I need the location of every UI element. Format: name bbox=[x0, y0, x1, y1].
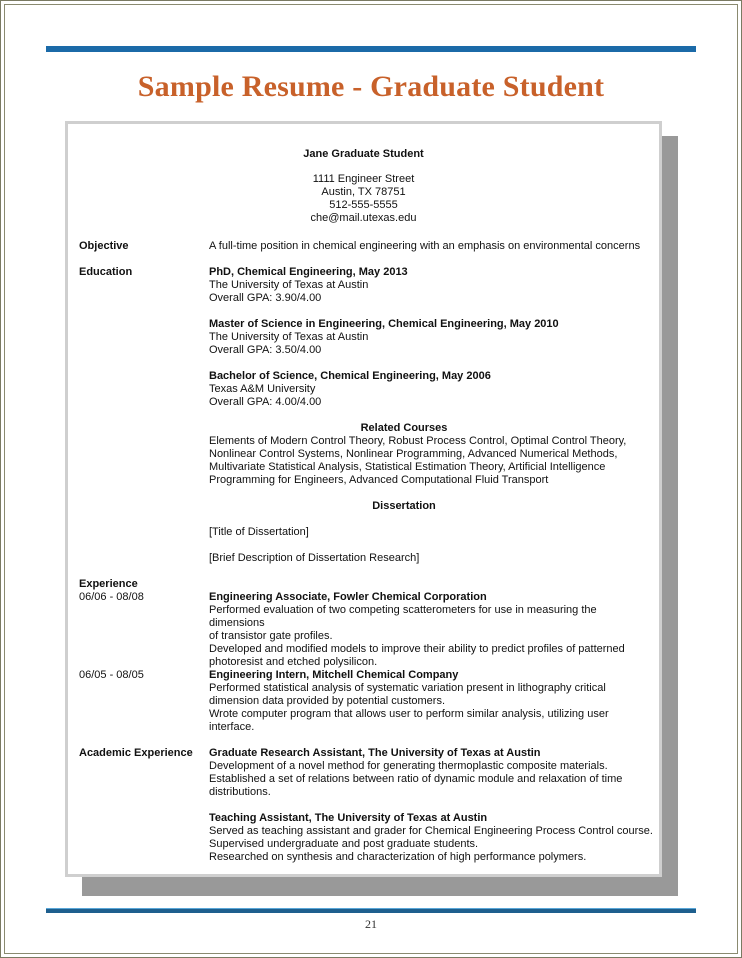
job-line: Developed and modified models to improve… bbox=[209, 643, 654, 656]
courses-line: Multivariate Statistical Analysis, Stati… bbox=[209, 461, 654, 474]
education-label: Education bbox=[79, 266, 132, 279]
degree-school: The University of Texas at Austin bbox=[209, 331, 654, 344]
job-dates: 06/05 - 08/05 bbox=[79, 669, 144, 682]
degree-gpa: Overall GPA: 4.00/4.00 bbox=[209, 396, 654, 409]
job-dates: 06/06 - 08/08 bbox=[79, 591, 144, 604]
degree-gpa: Overall GPA: 3.90/4.00 bbox=[209, 292, 654, 305]
degree-title: Bachelor of Science, Chemical Engineerin… bbox=[209, 370, 654, 383]
degree-gpa: Overall GPA: 3.50/4.00 bbox=[209, 344, 654, 357]
courses-line: Elements of Modern Control Theory, Robus… bbox=[209, 435, 654, 448]
role-title: Graduate Research Assistant, The Univers… bbox=[209, 747, 654, 760]
role-teaching-assistant: Teaching Assistant, The University of Te… bbox=[209, 812, 654, 864]
top-rule bbox=[46, 46, 696, 52]
job-line: interface. bbox=[209, 721, 654, 734]
dissertation: Dissertation bbox=[209, 500, 654, 513]
dissertation-heading: Dissertation bbox=[209, 500, 599, 513]
degree-ms: Master of Science in Engineering, Chemic… bbox=[209, 318, 654, 357]
job-title: Engineering Associate, Fowler Chemical C… bbox=[209, 591, 654, 604]
page-title: Sample Resume - Graduate Student bbox=[0, 70, 742, 104]
role-line: Supervised undergraduate and post gradua… bbox=[209, 838, 654, 851]
objective-text: A full-time position in chemical enginee… bbox=[209, 240, 654, 253]
degree-school: The University of Texas at Austin bbox=[209, 279, 654, 292]
role-title: Teaching Assistant, The University of Te… bbox=[209, 812, 654, 825]
role-line: distributions. bbox=[209, 786, 654, 799]
role-line: Researched on synthesis and characteriza… bbox=[209, 851, 654, 864]
job-line: Performed statistical analysis of system… bbox=[209, 682, 654, 695]
job-title: Engineering Intern, Mitchell Chemical Co… bbox=[209, 669, 654, 682]
job-line: of transistor gate profiles. bbox=[209, 630, 654, 643]
role-research-assistant: Graduate Research Assistant, The Univers… bbox=[209, 747, 654, 799]
courses-heading: Related Courses bbox=[209, 422, 599, 435]
resume-name: Jane Graduate Student bbox=[68, 148, 659, 161]
job-mitchell: Engineering Intern, Mitchell Chemical Co… bbox=[209, 669, 654, 734]
page-number: 21 bbox=[0, 917, 742, 932]
dissertation-title: [Title of Dissertation] bbox=[209, 526, 654, 539]
role-line: Served as teaching assistant and grader … bbox=[209, 825, 654, 838]
degree-title: Master of Science in Engineering, Chemic… bbox=[209, 318, 654, 331]
job-line: photoresist and etched polysilicon. bbox=[209, 656, 654, 669]
role-line: Development of a novel method for genera… bbox=[209, 760, 654, 773]
objective-label: Objective bbox=[79, 240, 129, 253]
degree-school: Texas A&M University bbox=[209, 383, 654, 396]
courses-line: Programming for Engineers, Advanced Comp… bbox=[209, 474, 654, 487]
degree-bs: Bachelor of Science, Chemical Engineerin… bbox=[209, 370, 654, 409]
job-line: dimension data provided by potential cus… bbox=[209, 695, 654, 708]
contact-phone: 512-555-5555 bbox=[68, 199, 659, 212]
related-courses: Related Courses Elements of Modern Contr… bbox=[209, 422, 654, 487]
resume-card: Jane Graduate Student 1111 Engineer Stre… bbox=[65, 121, 662, 877]
contact-email: che@mail.utexas.edu bbox=[68, 212, 659, 225]
degree-title: PhD, Chemical Engineering, May 2013 bbox=[209, 266, 654, 279]
contact-street: 1111 Engineer Street bbox=[68, 173, 659, 186]
contact-city: Austin, TX 78751 bbox=[68, 186, 659, 199]
bottom-rule bbox=[46, 909, 696, 913]
contact-block: 1111 Engineer Street Austin, TX 78751 51… bbox=[68, 173, 659, 225]
role-line: Established a set of relations between r… bbox=[209, 773, 654, 786]
job-line: Performed evaluation of two competing sc… bbox=[209, 604, 654, 630]
degree-phd: PhD, Chemical Engineering, May 2013 The … bbox=[209, 266, 654, 305]
dissertation-description: [Brief Description of Dissertation Resea… bbox=[209, 552, 654, 565]
job-fowler: Engineering Associate, Fowler Chemical C… bbox=[209, 591, 654, 669]
experience-label: Experience bbox=[79, 578, 138, 591]
courses-line: Nonlinear Control Systems, Nonlinear Pro… bbox=[209, 448, 654, 461]
job-line: Wrote computer program that allows user … bbox=[209, 708, 654, 721]
academic-experience-label: Academic Experience bbox=[79, 747, 193, 760]
